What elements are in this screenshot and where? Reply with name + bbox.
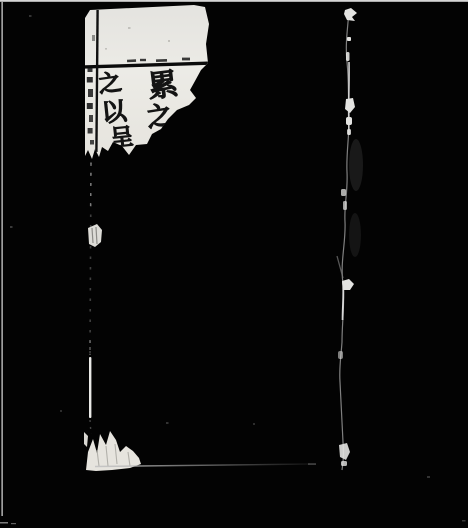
torn-paper-debris — [84, 431, 316, 471]
calligraphy-char: 以 — [100, 96, 129, 128]
calligraphy-char: 累 — [146, 67, 180, 105]
calligraphy-char: 之 — [97, 70, 123, 99]
right-crease-line — [337, 8, 363, 470]
calligraphy-char: 之 — [145, 100, 175, 134]
scanned-book-page: 累 之 之 以 呈 — [0, 0, 468, 528]
scan-edge-line-left — [1, 2, 3, 516]
scan-artwork: 累 之 之 以 呈 — [0, 0, 468, 528]
spine-bright-line — [89, 357, 91, 418]
paper-scrap-blob — [88, 224, 102, 247]
scan-edge-line-top — [0, 0, 468, 2]
scan-edge-dash-bottom — [11, 523, 16, 524]
scan-edge-dash-bottom — [0, 522, 8, 524]
spine-trail — [88, 162, 102, 434]
calligraphy-char: 呈 — [109, 124, 135, 152]
torn-paper-fragment: 累 之 之 以 呈 — [84, 5, 209, 159]
dust-specks — [10, 15, 466, 522]
